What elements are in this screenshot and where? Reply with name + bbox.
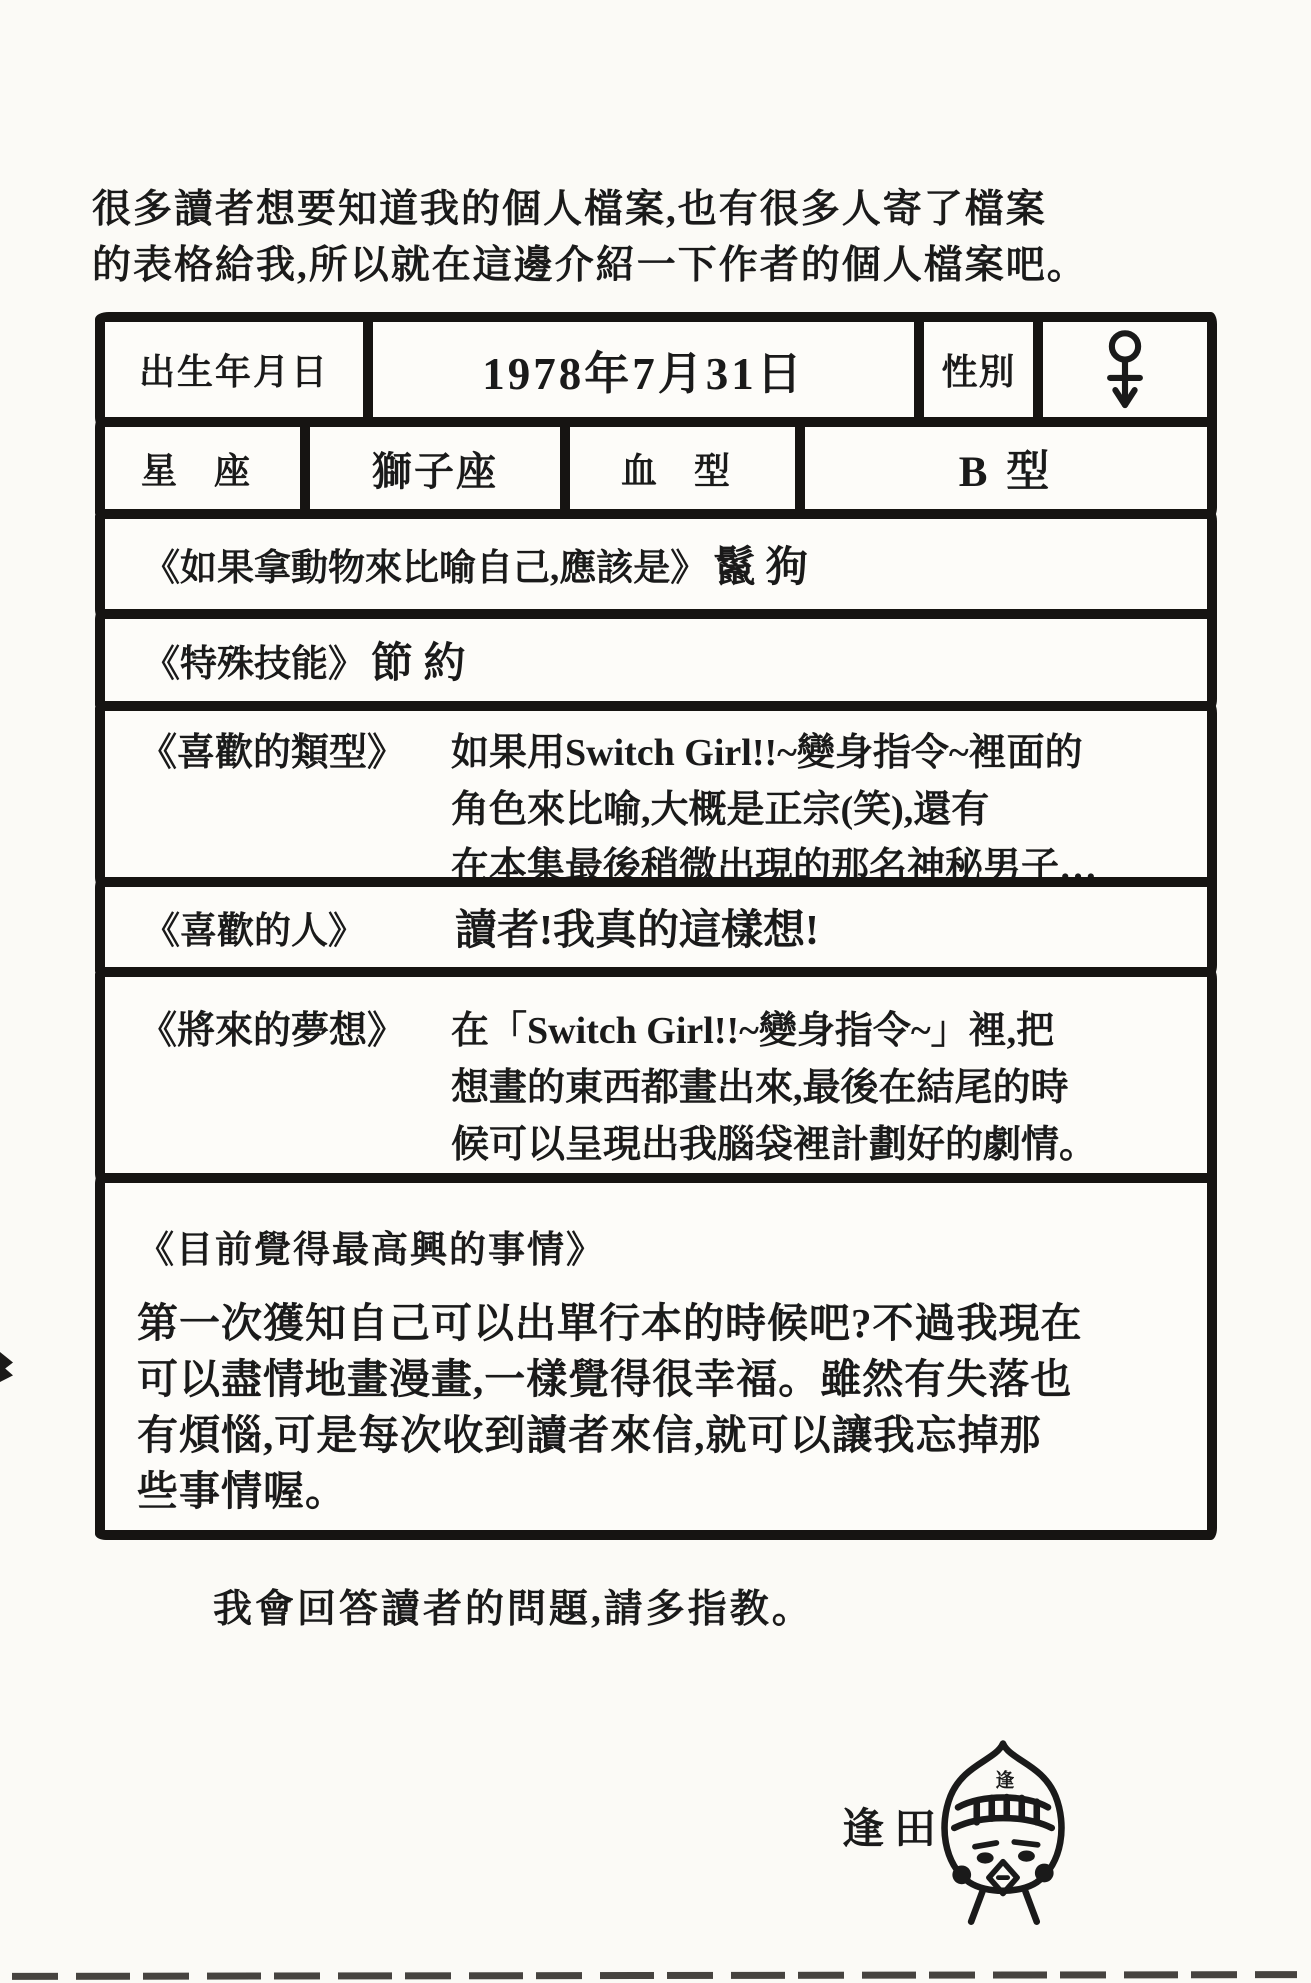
mascot-forehead-character: 逢 xyxy=(996,1769,1015,1792)
dream-line-3: 候可以呈現出我腦袋裡計劃好的劇情。 xyxy=(139,1117,1187,1174)
happiest-line-1: 第一次獲知自己可以出單行本的時候吧?不過我現在 xyxy=(137,1295,1187,1351)
zodiac-label: 星 座 xyxy=(141,443,264,494)
happiest-line-4: 些事情喔。 xyxy=(137,1463,1187,1519)
favorite-type-line-1: 如果用Switch Girl!!~變身指令~裡面的 xyxy=(451,725,1083,782)
intro-paragraph: 很多讀者想要知道我的個人檔案,也有很多人寄了檔案 的表格給我,所以就在這邊介紹一… xyxy=(92,182,1088,294)
row-happiest: 《目前覺得最高興的事情》 第一次獲知自己可以出單行本的時候吧?不過我現在 可以盡… xyxy=(95,1173,1217,1540)
author-mascot-face-icon: 逢 xyxy=(928,1736,1078,1933)
scan-artifact-left-edge xyxy=(0,1352,13,1382)
birth-date-value-cell: 1978年7月31日 xyxy=(373,322,924,417)
happiest-label: 《目前覺得最高興的事情》 xyxy=(137,1219,1187,1273)
animal-value: 鬣 狗 xyxy=(713,534,808,594)
skill-label: 《特殊技能》 xyxy=(143,633,365,687)
female-symbol-icon xyxy=(1096,328,1154,412)
blood-value-cell: B 型 xyxy=(805,427,1207,509)
dream-line-2: 想畫的東西都畫出來,最後在結尾的時 xyxy=(139,1060,1187,1117)
blood-label-cell: 血 型 xyxy=(570,427,805,509)
row-zodiac-blood: 星 座 獅子座 血 型 B 型 xyxy=(95,417,1217,519)
favorite-person-label: 《喜歡的人》 xyxy=(143,900,449,954)
zodiac-value: 獅子座 xyxy=(372,440,498,497)
zodiac-label-cell: 星 座 xyxy=(105,427,310,509)
dream-label: 《將來的夢想》 xyxy=(139,1003,451,1060)
gender-label: 性別 xyxy=(941,344,1015,395)
row-favorite-person: 《喜歡的人》 讀者!我真的這樣想! xyxy=(95,877,1217,977)
birth-date-value: 1978年7月31日 xyxy=(482,337,805,402)
gender-label-cell: 性別 xyxy=(924,322,1043,417)
favorite-person-value: 讀者!我真的這樣想! xyxy=(455,897,819,957)
happiest-line-3: 有煩惱,可是每次收到讀者來信,就可以讓我忘掉那 xyxy=(137,1407,1187,1463)
scan-artifact-bottom-edge xyxy=(12,1971,1297,1980)
gender-value-cell xyxy=(1043,322,1207,417)
favorite-type-line-2: 角色來比喻,大概是正宗(笑),還有 xyxy=(139,782,1187,839)
profile-table: 出生年月日 1978年7月31日 性別 xyxy=(95,312,1217,1540)
zodiac-value-cell: 獅子座 xyxy=(310,427,570,509)
author-mascot-drawing: 逢 xyxy=(928,1736,1078,1938)
intro-line-2: 的表格給我,所以就在這邊介紹一下作者的個人檔案吧。 xyxy=(92,238,1088,294)
row-favorite-type: 《喜歡的類型》 如果用Switch Girl!!~變身指令~裡面的 角色來比喻,… xyxy=(95,701,1217,887)
birth-date-label-cell: 出生年月日 xyxy=(105,322,373,417)
animal-label: 《如果拿動物來比喻自己,應該是》 xyxy=(143,537,707,591)
manga-author-profile-page: 很多讀者想要知道我的個人檔案,也有很多人寄了檔案 的表格給我,所以就在這邊介紹一… xyxy=(0,0,1311,1983)
dream-line-1: 在「Switch Girl!!~變身指令~」裡,把 xyxy=(451,1003,1054,1060)
birth-date-label: 出生年月日 xyxy=(139,344,329,395)
row-birth-gender: 出生年月日 1978年7月31日 性別 xyxy=(95,312,1217,427)
row-dream: 《將來的夢想》 在「Switch Girl!!~變身指令~」裡,把 想畫的東西都… xyxy=(95,967,1217,1183)
row-skill: 《特殊技能》 節 約 xyxy=(95,609,1217,711)
row-animal: 《如果拿動物來比喻自己,應該是》 鬣 狗 xyxy=(95,509,1217,619)
happiest-line-2: 可以盡情地畫漫畫,一樣覺得很幸福。雖然有失落也 xyxy=(137,1351,1187,1407)
closing-remark: 我會回答讀者的問題,請多指教。 xyxy=(213,1578,814,1634)
intro-line-1: 很多讀者想要知道我的個人檔案,也有很多人寄了檔案 xyxy=(92,182,1088,238)
blood-label: 血 型 xyxy=(621,443,744,494)
blood-value: B 型 xyxy=(959,438,1053,499)
favorite-type-label: 《喜歡的類型》 xyxy=(139,725,451,782)
skill-value: 節 約 xyxy=(371,630,466,690)
